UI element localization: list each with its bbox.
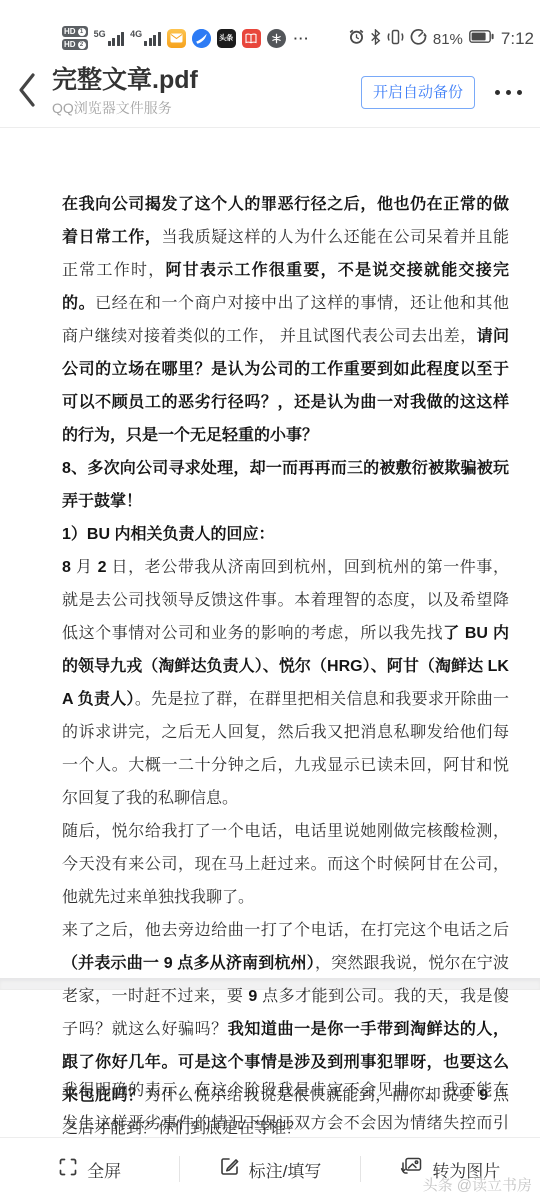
annotate-button[interactable]: 标注/填写 [180,1138,359,1200]
back-button[interactable] [14,73,40,113]
battery-percent: 81% [433,31,463,48]
document-paragraph: 1）BU 内相关负责人的回应： [62,518,509,551]
clock-time: 7:12 [501,29,534,49]
status-bar-right: 81% 7:12 [348,28,534,50]
mail-app-icon [167,29,186,48]
document-paragraph: 随后，悦尔给我打了一个电话，电话里说她刚做完核酸检测，今天没有来公司，现在马上赶… [62,815,509,914]
document-paragraph: 8 月 2 日，老公带我从济南回到杭州，回到杭州的第一件事，就是去公司找领导反馈… [62,551,509,815]
auto-backup-button[interactable]: 开启自动备份 [361,76,475,109]
annotate-pencil-icon [219,1156,240,1182]
page-subtitle: QQ浏览器文件服务 [52,98,361,118]
data-saver-icon [410,28,427,50]
document-paragraph: 在我向公司揭发了这个人的罪恶行径之后，他也仍在正常的做着日常工作，当我质疑这样的… [62,188,509,452]
pdf-page-1: 在我向公司揭发了这个人的罪恶行径之后，他也仍在正常的做着日常工作，当我质疑这样的… [0,128,540,978]
statusbar-overflow-dots: ··· [294,31,310,46]
signal-5g-icon: 5G [94,30,125,46]
status-bar-left: HD1 HD2 5G 4G 头条 ··· [62,26,310,50]
document-paragraph: 我很明确的表示，在这个阶段我是肯定不会见曲一，我不能在发生这样恶劣事件的情况下保… [62,1074,509,1138]
browser-app-icon [192,29,211,48]
more-menu-button[interactable] [493,80,524,105]
hd1-badge: HD1 [62,26,88,37]
bank-app-icon [267,29,286,48]
alarm-icon [348,28,365,50]
title-block: 完整文章.pdf QQ浏览器文件服务 [52,67,361,118]
fullscreen-icon [58,1157,78,1182]
back-chevron-icon [17,72,37,113]
bottom-toolbar: 全屏 标注/填写 转为图片 [0,1137,540,1200]
image-convert-icon [400,1156,423,1182]
signal-4g-icon: 4G [130,30,161,46]
file-header: 完整文章.pdf QQ浏览器文件服务 开启自动备份 [0,58,540,128]
hd2-badge: HD2 [62,39,88,50]
toutiao-app-icon: 头条 [217,29,236,48]
convert-to-image-button[interactable]: 转为图片 [361,1138,540,1200]
battery-icon [469,30,494,48]
hd-badges: HD1 HD2 [62,26,88,50]
books-app-icon [242,29,261,48]
vibrate-icon [386,29,405,50]
document-paragraph: 8、多次向公司寻求处理，却一而再再而三的被敷衍被欺骗被玩弄于鼓掌！ [62,452,509,518]
bluetooth-icon [370,29,381,50]
fullscreen-button[interactable]: 全屏 [0,1138,179,1200]
pdf-viewer-scroll-area[interactable]: 在我向公司揭发了这个人的罪恶行径之后，他也仍在正常的做着日常工作，当我质疑这样的… [0,128,540,1138]
status-bar: HD1 HD2 5G 4G 头条 ··· [0,0,540,58]
page-title: 完整文章.pdf [52,67,361,95]
